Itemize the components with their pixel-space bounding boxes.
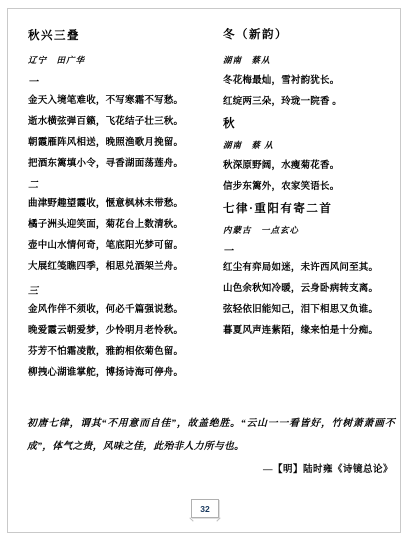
poem-author: 内蒙古 一点玄心 — [223, 225, 398, 235]
poem-author: 湖南 蔡从 — [223, 55, 398, 65]
verse-line: 壶中山水情何奇，笔底阳光梦可留。 — [28, 241, 210, 252]
verse-line: 芬芳不怕霜凌散，雅韵相依菊色留。 — [28, 347, 210, 358]
verse-line: 柳拽心湖谁掌舵，博扬诗海可停舟。 — [28, 368, 210, 379]
poem-title-chongyang: 七律·重阳有寄二首 — [223, 203, 398, 216]
page-number: 32 — [200, 504, 209, 514]
poem-title-autumn: 秋 — [223, 118, 398, 131]
verse-line: 弦轻依旧能知己，泪下相思又负谁。 — [223, 305, 398, 316]
section-label-1: 一 — [223, 246, 398, 257]
page-number-box: 32 — [191, 499, 219, 518]
verse-line: 把酒东篱填小令，寻香湖面荡莲舟。 — [28, 159, 210, 170]
verse-line: 冬花梅最灿，雪衬韵犹长。 — [223, 76, 398, 87]
commentary-attribution: —【明】陆时雍《诗镜总论》 — [263, 465, 393, 476]
verse-line: 晚爱霞云朝爱梦，少怜明月老怜秋。 — [28, 326, 210, 337]
left-poem-column: 秋兴三叠 辽宁 田广华 一 金天入境笔难收，不写寒霜不写愁。 逝水横弦弹百籁，飞… — [28, 30, 210, 389]
section-label-1: 一 — [28, 77, 210, 88]
verse-line: 红绽两三朵，玲珑一院香 。 — [223, 97, 398, 108]
section-label-3: 三 — [28, 286, 210, 297]
verse-line: 朝霞雁阵风相送，晚照渔歌月挽留。 — [28, 138, 210, 149]
poem-author: 辽宁 田广华 — [28, 55, 210, 65]
section-label-2: 二 — [28, 180, 210, 191]
verse-line: 信步东篱外，农家笑语长。 — [223, 182, 398, 193]
verse-line: 山色余秋知冷暖，云身卧病转支离。 — [223, 284, 398, 295]
verse-line: 大展红笺瞧四季，相思兑酒架兰舟。 — [28, 262, 210, 273]
verse-line: 红尘有弈局如迷，未许西风问至其。 — [223, 263, 398, 274]
verse-line: 暮夏风声连紫陌，缘来怕是十分痴。 — [223, 326, 398, 337]
commentary-paragraph: 初唐七律，谓其“不用意而自佳”，故盖绝胜。“云山一一看皆好，竹树萧萧画不成”，体… — [27, 412, 395, 458]
verse-line: 金天入境笔难收，不写寒霜不写愁。 — [28, 96, 210, 107]
poem-title: 秋兴三叠 — [28, 30, 210, 43]
verse-line: 逝水横弦弹百籁，飞花结子壮三秋。 — [28, 117, 210, 128]
right-poem-column: 冬（新韵） 湖南 蔡从 冬花梅最灿，雪衬韵犹长。 红绽两三朵，玲珑一院香 。 秋… — [223, 29, 398, 347]
verse-line: 秋深原野阔，水瘦菊花香。 — [223, 161, 398, 172]
verse-line: 金风作伴不须收，何必千篇强说愁。 — [28, 305, 210, 316]
poem-author: 湖南 蔡 从 — [223, 140, 398, 150]
verse-line: 橘子洲头迎笑面，菊花台上数清秋。 — [28, 220, 210, 231]
poem-title-winter: 冬（新韵） — [223, 29, 398, 42]
verse-line: 曲津野趣望霞收，惬意枫林未带愁。 — [28, 199, 210, 210]
